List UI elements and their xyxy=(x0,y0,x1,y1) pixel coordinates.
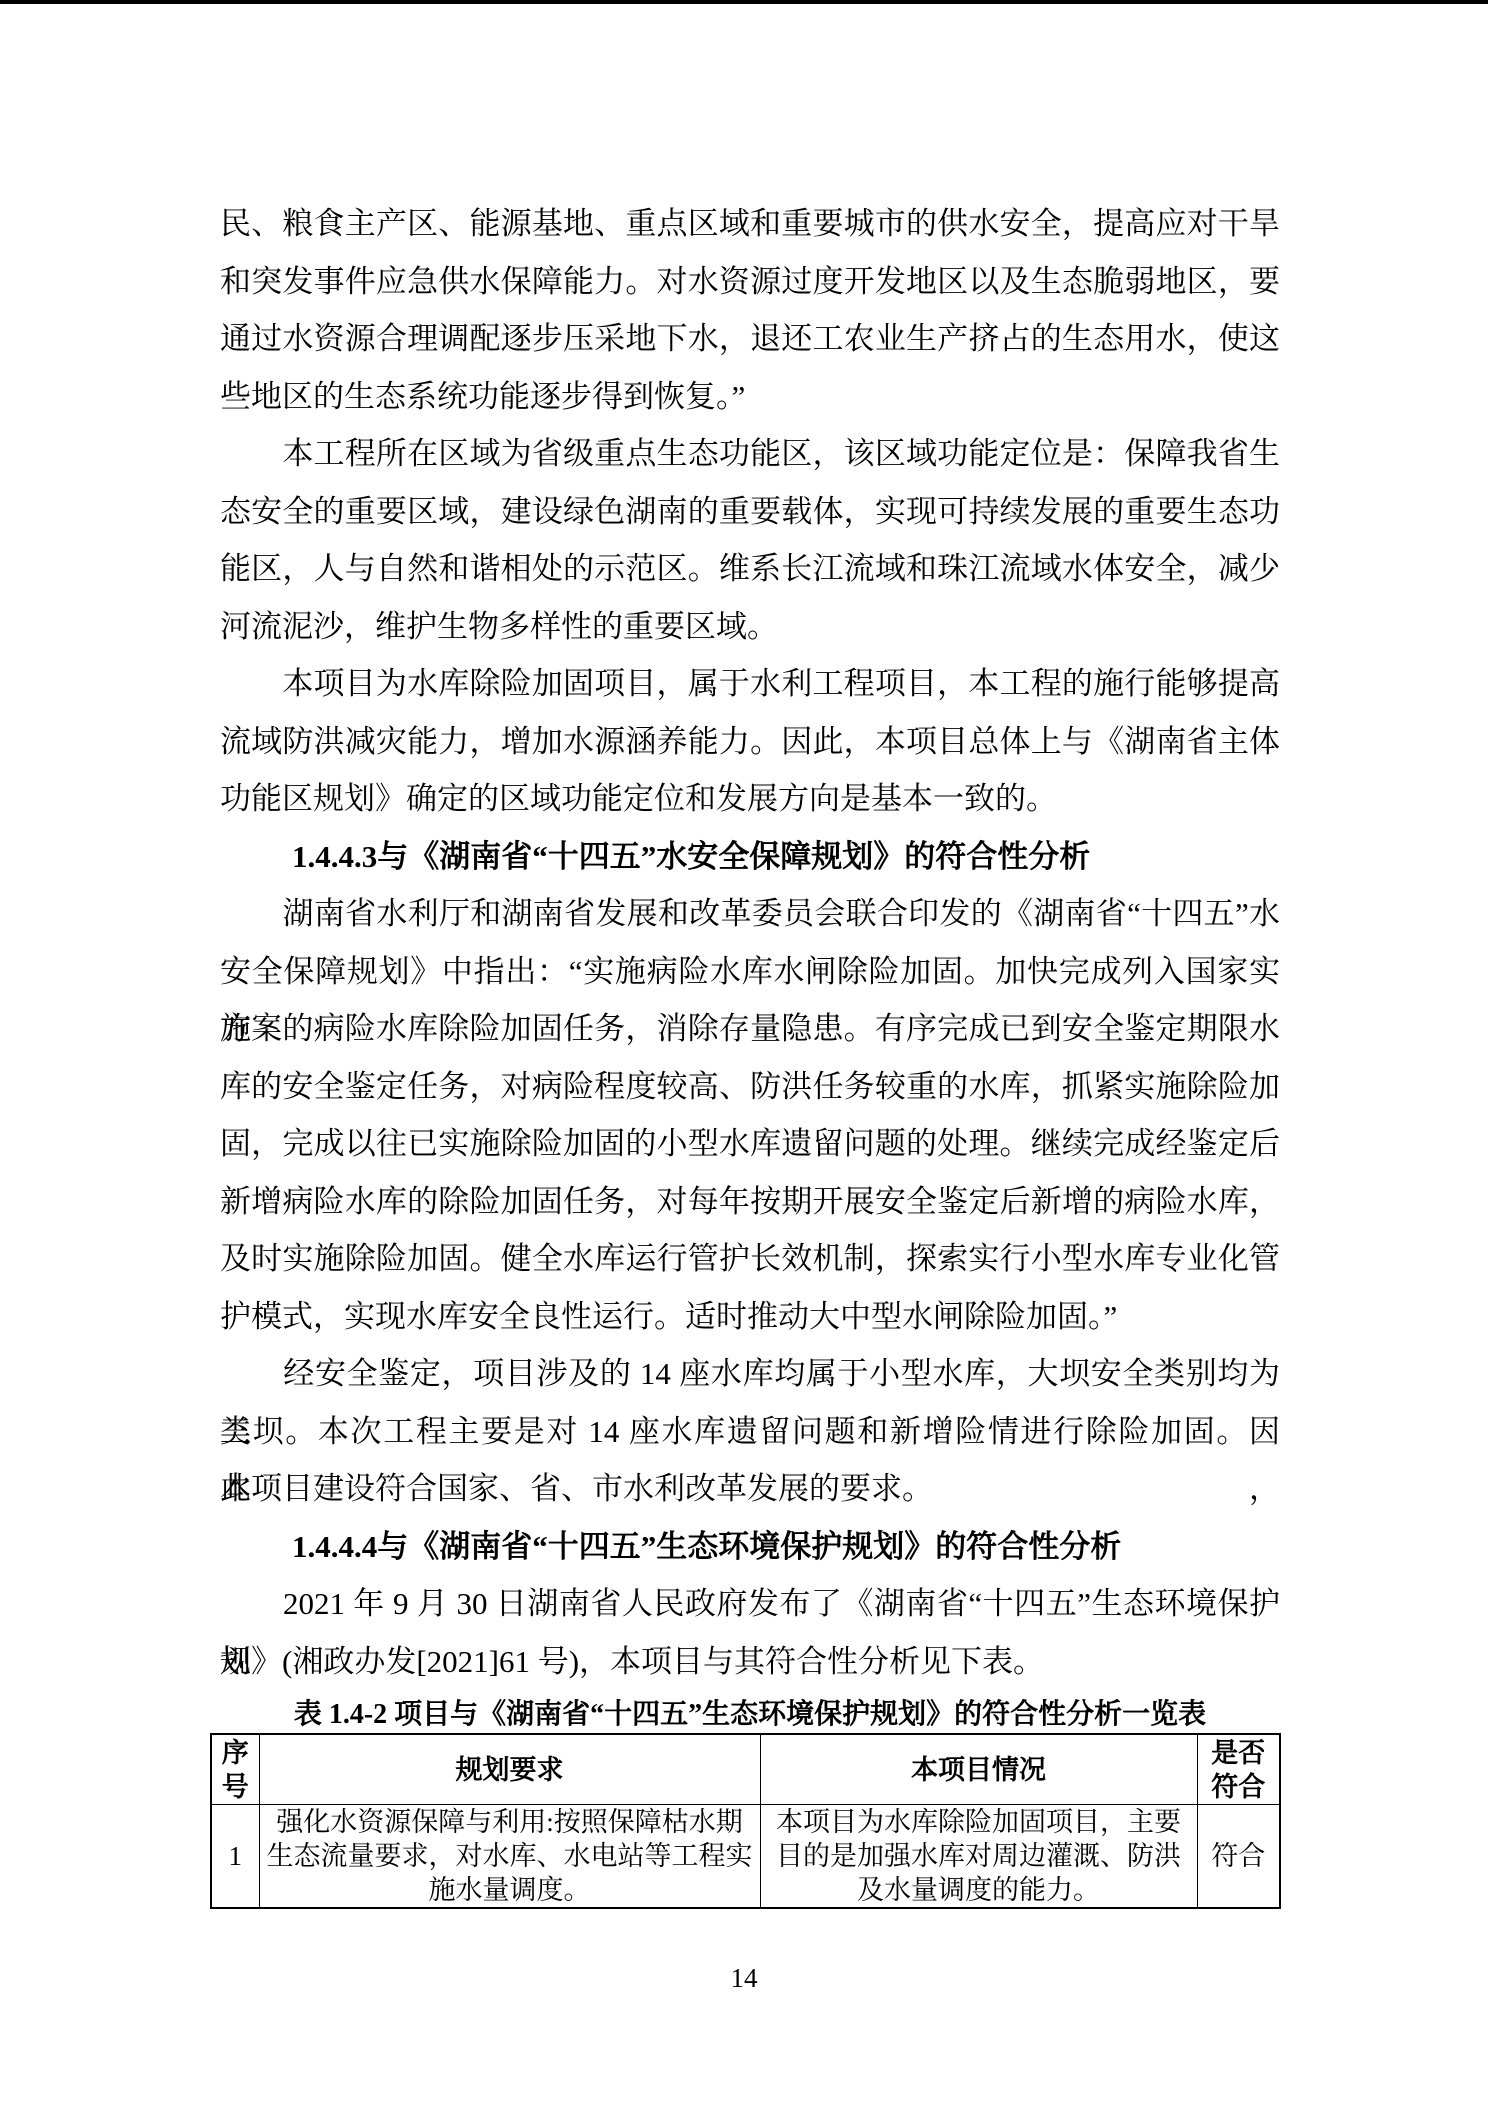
text-line: 流域防洪减灾能力，增加水源涵养能力。因此，本项目总体上与《湖南省主体 xyxy=(220,713,1280,771)
table-cell-requirement: 强化水资源保障与利用:按照保障枯水期生态流量要求，对水库、水电站等工程实施水量调… xyxy=(259,1805,760,1909)
text-line: 经安全鉴定，项目涉及的 14 座水库均属于小型水库，大坝安全类别均为三 xyxy=(220,1345,1280,1403)
text-line: 安全保障规划》中指出：“实施病险水库水闸除险加固。加快完成列入国家实施 xyxy=(220,943,1280,1001)
table-header-row: 序号规划要求本项目情况是否符合 xyxy=(211,1734,1280,1805)
text-line: 通过水资源合理调配逐步压采地下水，退还工农业生产挤占的生态用水，使这 xyxy=(220,310,1280,368)
scan-top-edge xyxy=(0,0,1488,4)
document-body: 民、粮食主产区、能源基地、重点区域和重要城市的供水安全，提高应对干旱和突发事件应… xyxy=(220,195,1280,1740)
text-line: 功能区规划》确定的区域功能定位和发展方向是基本一致的。 xyxy=(220,770,1280,828)
paragraph: 本项目为水库除险加固项目，属于水利工程项目，本工程的施行能够提高流域防洪减灾能力… xyxy=(220,655,1280,828)
document-page: 民、粮食主产区、能源基地、重点区域和重要城市的供水安全，提高应对干旱和突发事件应… xyxy=(0,0,1488,2104)
table-cell-no: 1 xyxy=(211,1805,259,1909)
text-line: 2021 年 9 月 30 日湖南省人民政府发布了《湖南省“十四五”生态环境保护… xyxy=(220,1575,1280,1633)
text-line: 划》(湘政办发[2021]61 号)，本项目与其符合性分析见下表。 xyxy=(220,1633,1280,1691)
paragraph: 2021 年 9 月 30 日湖南省人民政府发布了《湖南省“十四五”生态环境保护… xyxy=(220,1575,1280,1690)
paragraph: 本工程所在区域为省级重点生态功能区，该区域功能定位是：保障我省生态安全的重要区域… xyxy=(220,425,1280,655)
text-line: 库的安全鉴定任务，对病险程度较高、防洪任务较重的水库，抓紧实施除险加 xyxy=(220,1058,1280,1116)
text-line: 类坝。本次工程主要是对 14 座水库遗留问题和新增险情进行除险加固。因此， xyxy=(220,1403,1280,1461)
paragraph: 民、粮食主产区、能源基地、重点区域和重要城市的供水安全，提高应对干旱和突发事件应… xyxy=(220,195,1280,425)
text-line: 护模式，实现水库安全良性运行。适时推动大中型水闸除险加固。” xyxy=(220,1288,1280,1346)
compliance-table-wrap: 序号规划要求本项目情况是否符合 1强化水资源保障与利用:按照保障枯水期生态流量要… xyxy=(210,1733,1279,1909)
text-line: 河流泥沙，维护生物多样性的重要区域。 xyxy=(220,598,1280,656)
text-line: 本项目为水库除险加固项目，属于水利工程项目，本工程的施行能够提高 xyxy=(220,655,1280,713)
compliance-table: 序号规划要求本项目情况是否符合 1强化水资源保障与利用:按照保障枯水期生态流量要… xyxy=(210,1733,1281,1909)
table-cell-conform: 符合 xyxy=(1197,1805,1280,1909)
section-heading: 1.4.4.4与《湖南省“十四五”生态环境保护规划》的符合性分析 xyxy=(220,1518,1280,1576)
table-cell-project: 本项目为水库除险加固项目，主要目的是加强水库对周边灌溉、防洪及水量调度的能力。 xyxy=(760,1805,1197,1909)
paragraph: 经安全鉴定，项目涉及的 14 座水库均属于小型水库，大坝安全类别均为三类坝。本次… xyxy=(220,1345,1280,1518)
text-line: 湖南省水利厅和湖南省发展和改革委员会联合印发的《湖南省“十四五”水 xyxy=(220,885,1280,943)
text-line: 些地区的生态系统功能逐步得到恢复。” xyxy=(220,368,1280,426)
text-line: 及时实施除险加固。健全水库运行管护长效机制，探索实行小型水库专业化管 xyxy=(220,1230,1280,1288)
text-line: 和突发事件应急供水保障能力。对水资源过度开发地区以及生态脆弱地区，要 xyxy=(220,253,1280,311)
table-row: 1强化水资源保障与利用:按照保障枯水期生态流量要求，对水库、水电站等工程实施水量… xyxy=(211,1805,1280,1909)
text-line: 民、粮食主产区、能源基地、重点区域和重要城市的供水安全，提高应对干旱 xyxy=(220,195,1280,253)
table-header-cell: 本项目情况 xyxy=(760,1734,1197,1805)
text-line: 能区，人与自然和谐相处的示范区。维系长江流域和珠江流域水体安全，减少 xyxy=(220,540,1280,598)
text-line: 态安全的重要区域，建设绿色湖南的重要载体，实现可持续发展的重要生态功 xyxy=(220,483,1280,541)
page-number: 14 xyxy=(0,1958,1488,1998)
text-line: 固，完成以往已实施除险加固的小型水库遗留问题的处理。继续完成经鉴定后 xyxy=(220,1115,1280,1173)
text-line: 方案的病险水库除险加固任务，消除存量隐患。有序完成已到安全鉴定期限水 xyxy=(220,1000,1280,1058)
paragraph: 湖南省水利厅和湖南省发展和改革委员会联合印发的《湖南省“十四五”水安全保障规划》… xyxy=(220,885,1280,1345)
table-header-cell: 是否符合 xyxy=(1197,1734,1280,1805)
text-line: 新增病险水库的除险加固任务，对每年按期开展安全鉴定后新增的病险水库， xyxy=(220,1173,1280,1231)
table-header-cell: 序号 xyxy=(211,1734,259,1805)
text-line: 本工程所在区域为省级重点生态功能区，该区域功能定位是：保障我省生 xyxy=(220,425,1280,483)
table-header-cell: 规划要求 xyxy=(259,1734,760,1805)
section-heading: 1.4.4.3与《湖南省“十四五”水安全保障规划》的符合性分析 xyxy=(220,828,1280,886)
